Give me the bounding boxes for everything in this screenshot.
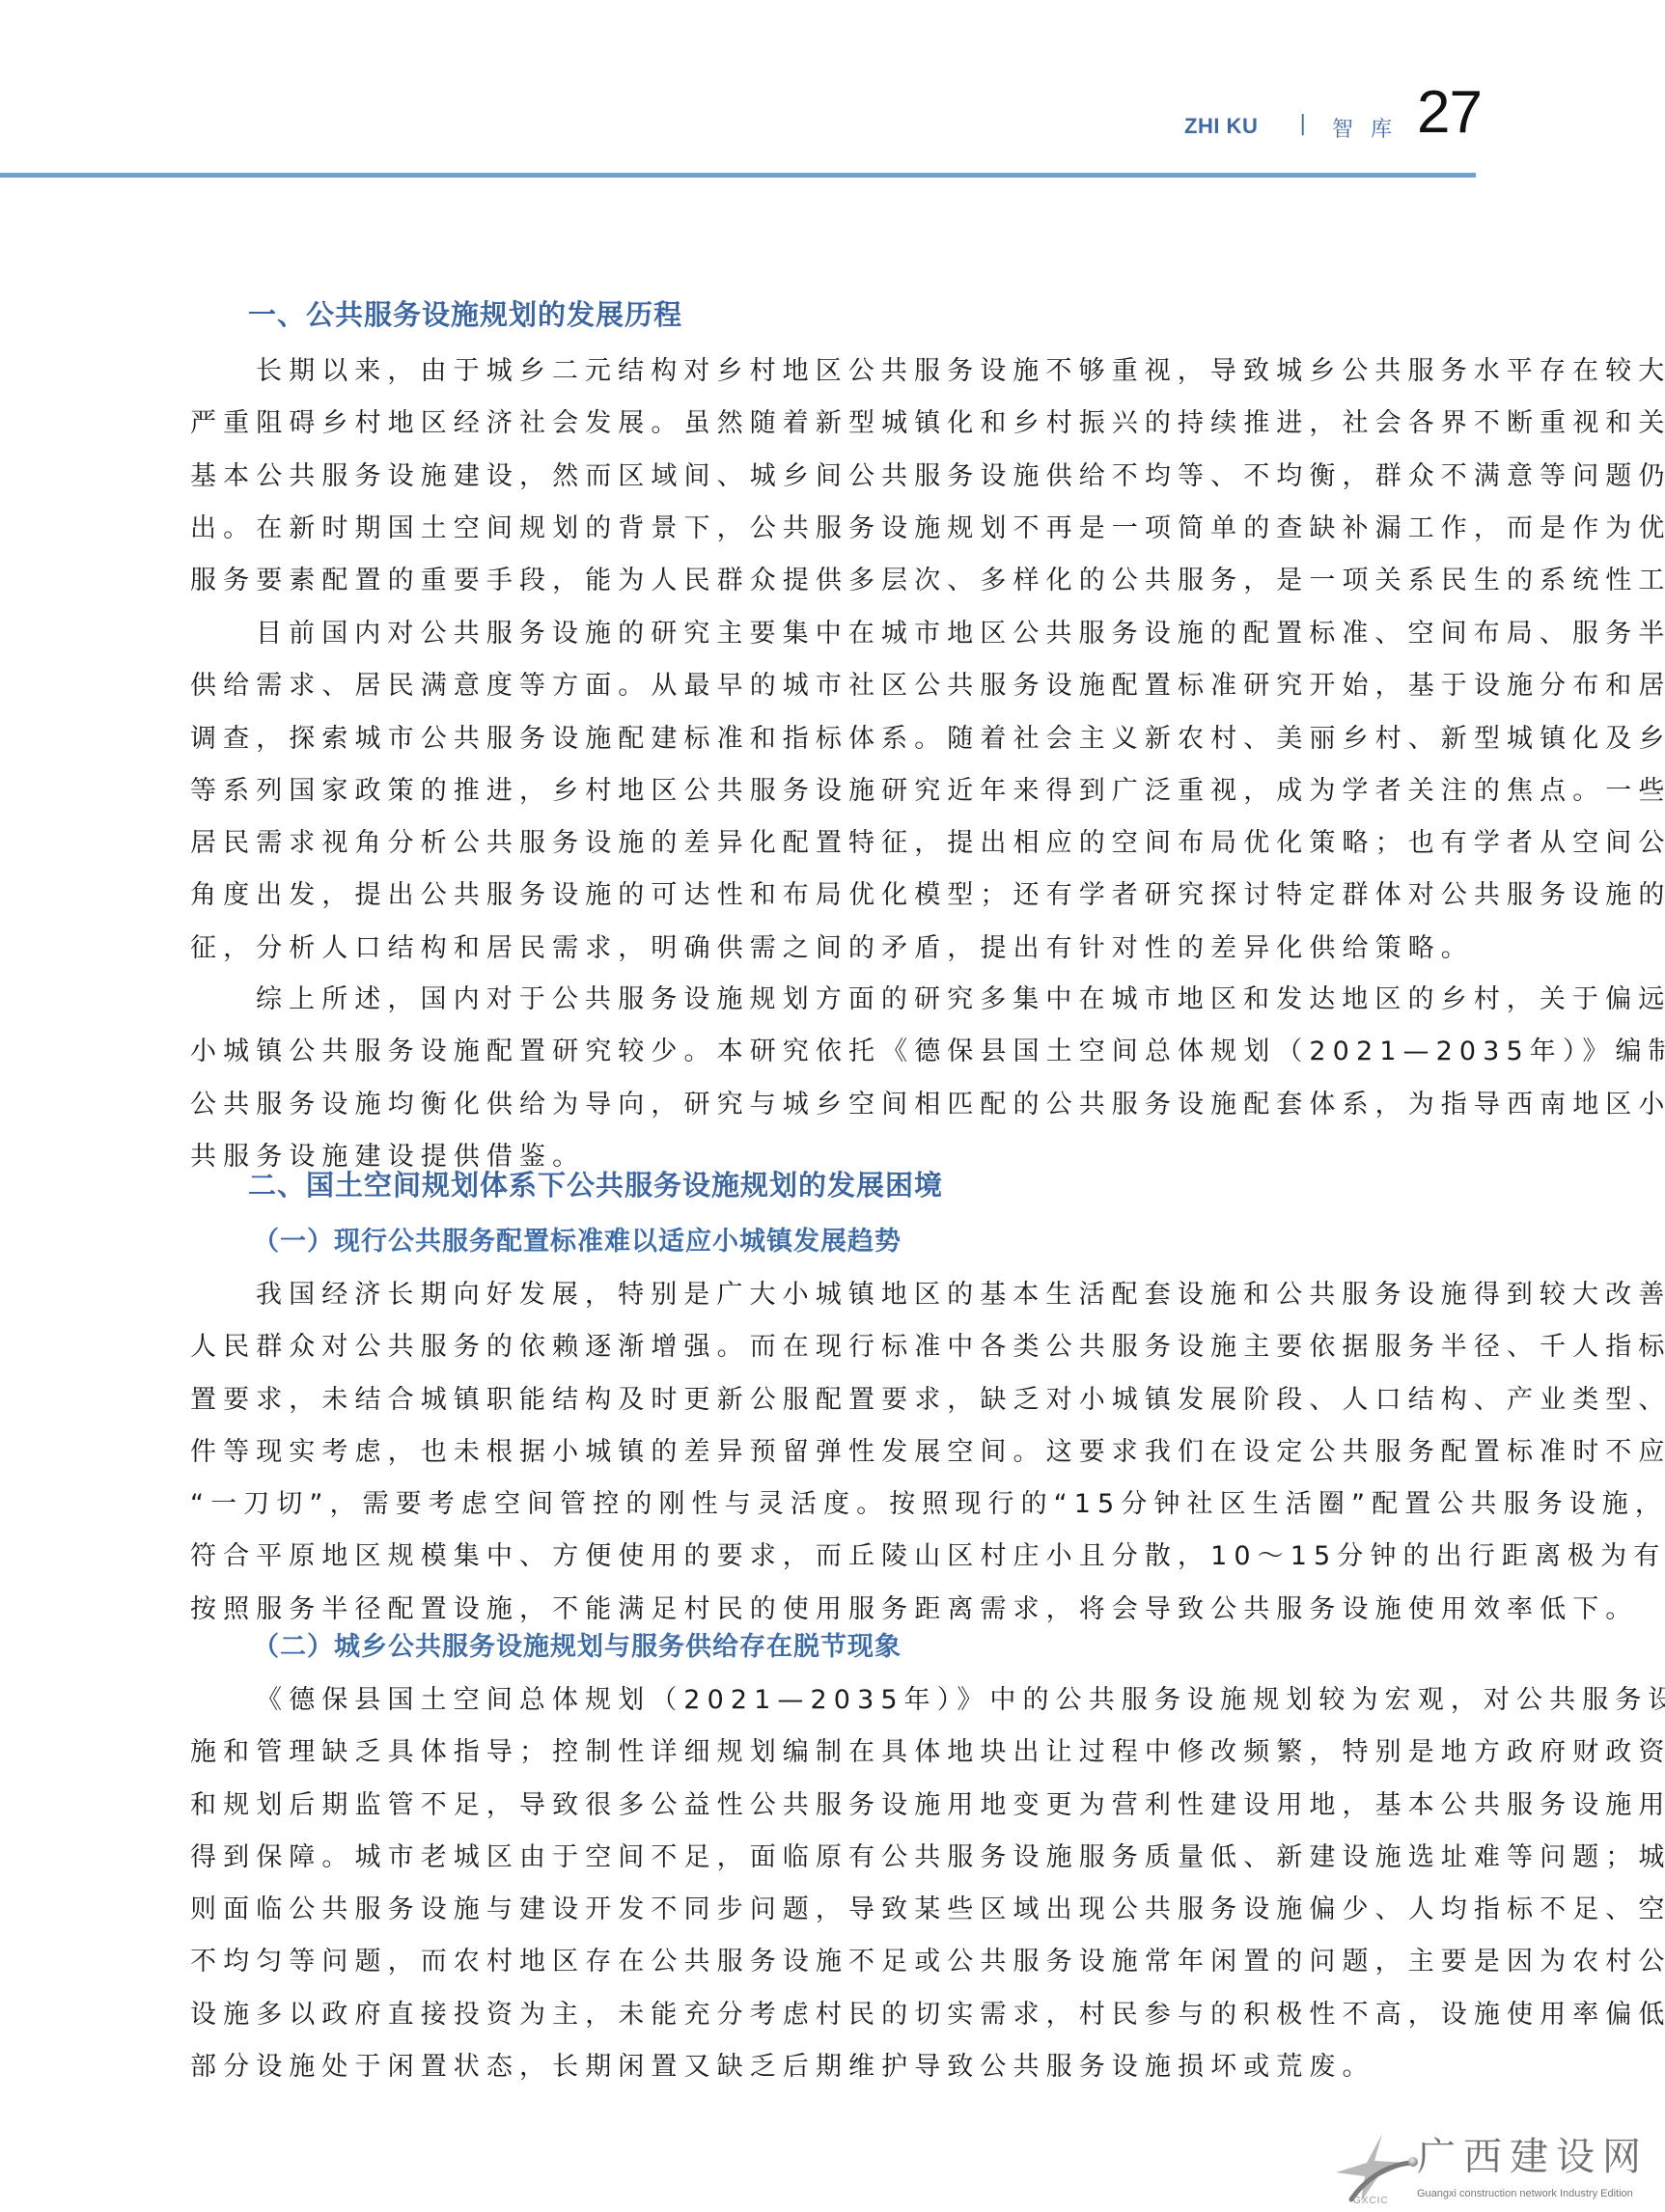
- section-heading-2: 二、国土空间规划体系下公共服务设施规划的发展困境: [248, 1168, 943, 1203]
- text-line: 符合平原地区规模集中、方便使用的要求，而丘陵山区村庄小且分散，10～15分钟的出…: [190, 1531, 1484, 1583]
- section-heading-1: 一、公共服务设施规划的发展历程: [248, 297, 682, 332]
- paragraph-3: 综上所述，国内对于公共服务设施规划方面的研究多集中在城市地区和发达地区的乡村，关…: [190, 974, 1484, 1183]
- text-line: 角度出发，提出公共服务设施的可达性和布局优化模型；还有学者研究探讨特定群体对公共…: [190, 870, 1484, 922]
- text-line: 供给需求、居民满意度等方面。从最早的城市社区公共服务设施配置标准研究开始，基于设…: [190, 660, 1484, 712]
- header-separator: |: [1299, 112, 1306, 136]
- text-line: 得到保障。城市老城区由于空间不足，面临原有公共服务设施服务质量低、新建设施选址难…: [190, 1832, 1484, 1884]
- text-line: 征，分析人口结构和居民需求，明确供需之间的矛盾，提出有针对性的差异化供给策略。: [190, 923, 1484, 975]
- text-line: 服务要素配置的重要手段，能为人民群众提供多层次、多样化的公共服务，是一项关系民生…: [190, 555, 1484, 607]
- paragraph-5: 《德保县国土空间总体规划（2021—2035年）》中的公共服务设施规划较为宏观，…: [190, 1674, 1484, 2093]
- logo-name-en: Guangxi construction network Industry Ed…: [1417, 2188, 1633, 2199]
- text-line: “一刀切”，需要考虑空间管控的刚性与灵活度。按照现行的“15分钟社区生活圈”配置…: [190, 1479, 1484, 1531]
- subsection-heading-1: （一）现行公共服务配置标准难以适应小城镇发展趋势: [253, 1226, 902, 1258]
- text-line: 施和管理缺乏具体指导；控制性详细规划编制在具体地块出让过程中修改频繁，特别是地方…: [190, 1727, 1484, 1779]
- text-line: 不均匀等问题，而农村地区存在公共服务设施不足或公共服务设施常年闲置的问题，主要是…: [190, 1936, 1484, 1988]
- text-line: 则面临公共服务设施与建设开发不同步问题，导致某些区域出现公共服务设施偏少、人均指…: [190, 1884, 1484, 1936]
- text-line: 居民需求视角分析公共服务设施的差异化配置特征，提出相应的空间布局优化策略；也有学…: [190, 817, 1484, 870]
- text-line: 件等现实考虑，也未根据小城镇的差异预留弹性发展空间。这要求我们在设定公共服务配置…: [190, 1426, 1484, 1479]
- logo-abbreviation: GXCIC: [1353, 2196, 1389, 2206]
- text-line: 部分设施处于闲置状态，长期闲置又缺乏后期维护导致公共服务设施损坏或荒废。: [190, 2041, 1484, 2093]
- paragraph-4: 我国经济长期向好发展，特别是广大小城镇地区的基本生活配套设施和公共服务设施得到较…: [190, 1269, 1484, 1636]
- text-line: 小城镇公共服务设施配置研究较少。本研究依托《德保县国土空间总体规划（2021—2…: [190, 1026, 1484, 1078]
- text-line: 基本公共服务设施建设，然而区域间、城乡间公共服务设施供给不均等、不均衡，群众不满…: [190, 451, 1484, 503]
- header-rule: [0, 173, 1476, 178]
- subsection-heading-2: （二）城乡公共服务设施规划与服务供给存在脱节现象: [253, 1631, 902, 1664]
- text-line: 出。在新时期国土空间规划的背景下，公共服务设施规划不再是一项简单的查缺补漏工作，…: [190, 503, 1484, 555]
- text-line: 置要求，未结合城镇职能结构及时更新公服配置要求，缺乏对小城镇发展阶段、人口结构、…: [190, 1374, 1484, 1426]
- text-line: 公共服务设施均衡化供给为导向，研究与城乡空间相匹配的公共服务设施配套体系，为指导…: [190, 1079, 1484, 1131]
- paragraph-1: 长期以来，由于城乡二元结构对乡村地区公共服务设施不够重视，导致城乡公共服务水平存…: [190, 346, 1484, 607]
- text-line: 和规划后期监管不足，导致很多公益性公共服务设施用地变更为营利性建设用地，基本公共…: [190, 1780, 1484, 1832]
- text-line: 按照服务半径配置设施，不能满足村民的使用服务距离需求，将会导致公共服务设施使用效…: [190, 1584, 1484, 1636]
- text-line: 长期以来，由于城乡二元结构对乡村地区公共服务设施不够重视，导致城乡公共服务水平存…: [190, 346, 1484, 398]
- text-line: 《德保县国土空间总体规划（2021—2035年）》中的公共服务设施规划较为宏观，…: [190, 1674, 1484, 1727]
- text-line: 人民群众对公共服务的依赖逐渐增强。而在现行标准中各类公共服务设施主要依据服务半径…: [190, 1321, 1484, 1373]
- watermark-logo: GXCIC 广西建设网 Guangxi construction network…: [1303, 2128, 1665, 2212]
- section-label-cn: 智库: [1332, 113, 1409, 143]
- text-line: 严重阻碍乡村地区经济社会发展。虽然随着新型城镇化和乡村振兴的持续推进，社会各界不…: [190, 398, 1484, 450]
- text-line: 我国经济长期向好发展，特别是广大小城镇地区的基本生活配套设施和公共服务设施得到较…: [190, 1269, 1484, 1321]
- page-number: 27: [1417, 83, 1482, 143]
- text-line: 调查，探索城市公共服务设施配建标准和指标体系。随着社会主义新农村、美丽乡村、新型…: [190, 713, 1484, 765]
- text-line: 综上所述，国内对于公共服务设施规划方面的研究多集中在城市地区和发达地区的乡村，关…: [190, 974, 1484, 1026]
- text-line: 等系列国家政策的推进，乡村地区公共服务设施研究近年来得到广泛重视，成为学者关注的…: [190, 765, 1484, 817]
- text-line: 设施多以政府直接投资为主，未能充分考虑村民的切实需求，村民参与的积极性不高，设施…: [190, 1989, 1484, 2041]
- paragraph-2: 目前国内对公共服务设施的研究主要集中在城市地区公共服务设施的配置标准、空间布局、…: [190, 608, 1484, 975]
- text-line: 目前国内对公共服务设施的研究主要集中在城市地区公共服务设施的配置标准、空间布局、…: [190, 608, 1484, 660]
- section-label-en: ZHI KU: [1184, 114, 1258, 139]
- logo-name-cn: 广西建设网: [1417, 2136, 1649, 2178]
